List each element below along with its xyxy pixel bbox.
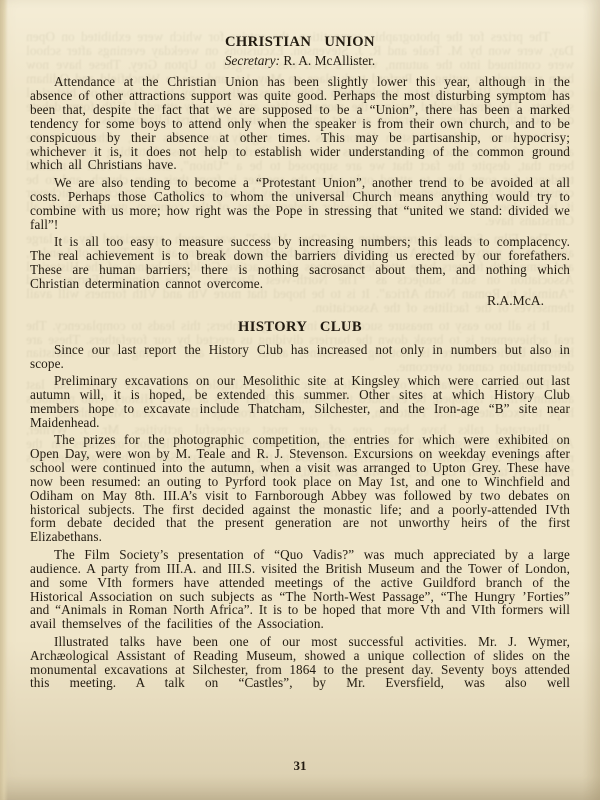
page-number: 31 <box>0 758 600 774</box>
secretary-name: R. A. McAllister. <box>280 53 375 68</box>
page-content: CHRISTIAN UNION Secretary: R. A. McAllis… <box>0 0 600 800</box>
scanned-magazine-page: The prizes for the photographic competit… <box>0 0 600 800</box>
paragraph: We are also tending to become a “Protest… <box>30 176 570 232</box>
section-history-club: HISTORY CLUB Since our last report the H… <box>30 319 570 691</box>
paragraph: Since our last report the History Club h… <box>30 343 570 371</box>
christian-union-title: CHRISTIAN UNION <box>30 34 570 51</box>
paragraph: The prizes for the photographic competit… <box>30 433 570 544</box>
paragraph: The Film Society’s presentation of “Quo … <box>30 548 570 631</box>
section-christian-union: CHRISTIAN UNION Secretary: R. A. McAllis… <box>30 34 570 308</box>
paragraph: Attendance at the Christian Union has be… <box>30 75 570 172</box>
paragraph: Illustrated talks have been one of our m… <box>30 635 570 691</box>
secretary-label: Secretary: <box>225 53 280 68</box>
paragraph: Preliminary excavations on our Mesolithi… <box>30 374 570 430</box>
secretary-line: Secretary: R. A. McAllister. <box>30 53 570 69</box>
history-club-title: HISTORY CLUB <box>30 319 570 336</box>
author-initials: R.A.McA. <box>30 293 544 308</box>
paragraph: It is all too easy to measure success by… <box>30 235 570 291</box>
